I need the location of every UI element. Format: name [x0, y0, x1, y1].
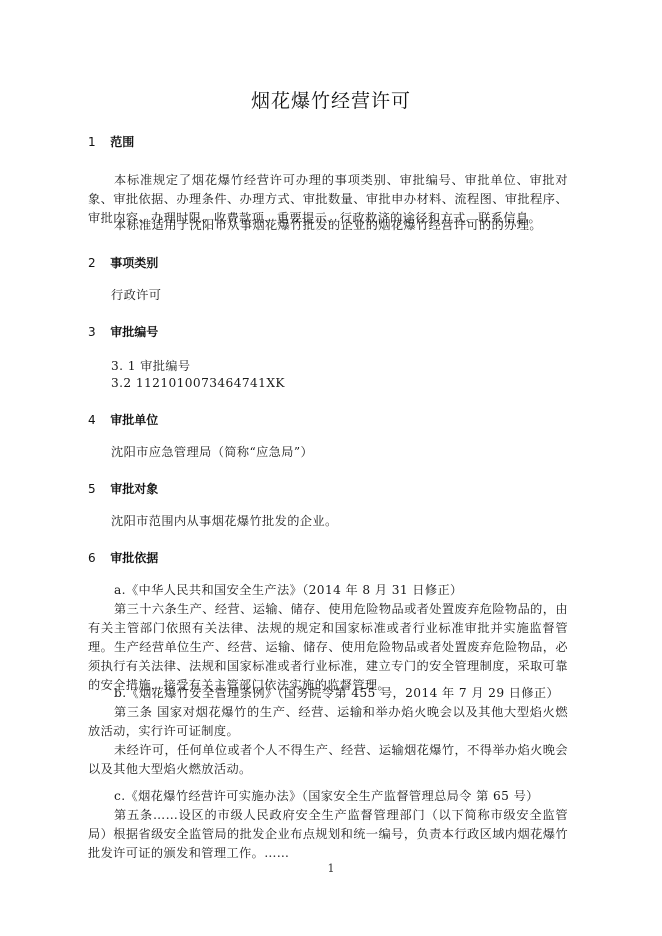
law-citation-c: c.《烟花爆竹经营许可实施办法》（国家安全生产监督管理总局令 第 65 号） — [88, 787, 568, 806]
section-heading-1: 1 范围 — [88, 133, 134, 150]
section-number: 6 — [88, 551, 106, 565]
approval-number-value: 3.2 1121010073464741XK — [111, 374, 591, 393]
paragraph: 未经许可，任何单位或者个人不得生产、经营、运输烟花爆竹，不得举办焰火晚会以及其他… — [88, 741, 568, 779]
section-title: 范围 — [110, 135, 134, 149]
section-title: 审批单位 — [110, 413, 158, 427]
section-heading-5: 5 审批对象 — [88, 480, 158, 497]
section-title: 事项类别 — [110, 256, 158, 270]
paragraph: 行政许可 — [111, 286, 591, 305]
paragraph: 第三条 国家对烟花爆竹的生产、经营、运输和举办焰火晚会以及其他大型焰火燃放活动，… — [88, 703, 568, 741]
page-number: 1 — [0, 862, 662, 875]
section-heading-4: 4 审批单位 — [88, 411, 158, 428]
section-number: 4 — [88, 413, 106, 427]
section-number: 3 — [88, 325, 106, 339]
section-title: 审批编号 — [110, 325, 158, 339]
section-number: 1 — [88, 135, 106, 149]
section-number: 5 — [88, 482, 106, 496]
section-heading-3: 3 审批编号 — [88, 323, 158, 340]
law-citation-b: b.《烟花爆竹安全管理条例》（国务院令第 455 号，2014 年 7 月 29… — [88, 684, 568, 703]
paragraph: 沈阳市应急管理局（简称“应急局”） — [111, 443, 591, 462]
document-title: 烟花爆竹经营许可 — [0, 86, 662, 113]
section-title: 审批对象 — [110, 482, 158, 496]
section-heading-6: 6 审批依据 — [88, 549, 158, 566]
section-number: 2 — [88, 256, 106, 270]
paragraph: 本标准适用于沈阳市从事烟花爆竹批发的企业的烟花爆竹经营许可的的办理。 — [88, 216, 568, 235]
paragraph: 第五条……设区的市级人民政府安全生产监督管理部门（以下简称市级安全监管局）根据省… — [88, 806, 568, 863]
section-heading-2: 2 事项类别 — [88, 254, 158, 271]
paragraph: 沈阳市范围内从事烟花爆竹批发的企业。 — [111, 512, 591, 531]
document-page: 烟花爆竹经营许可 1 范围 本标准规定了烟花爆竹经营许可办理的事项类别、审批编号… — [0, 0, 662, 936]
section-title: 审批依据 — [110, 551, 158, 565]
law-citation-a: a.《中华人民共和国安全生产法》（2014 年 8 月 31 日修正） — [88, 581, 568, 600]
